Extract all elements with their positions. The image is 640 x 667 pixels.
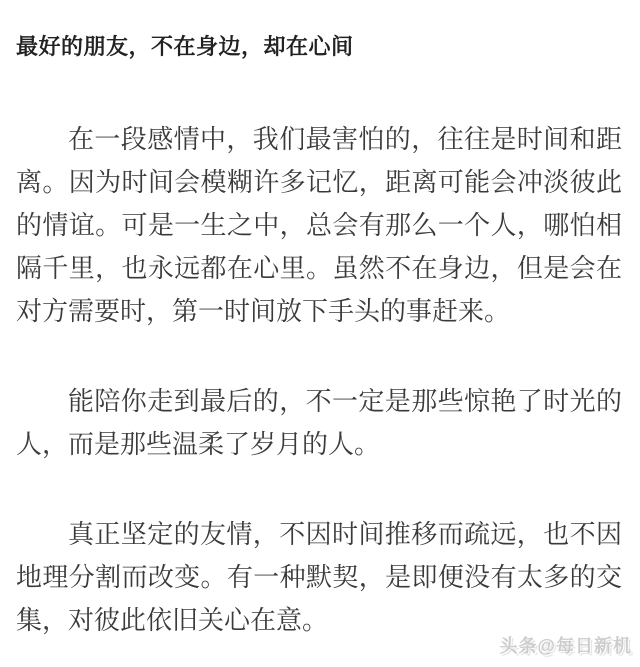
watermark-toutiao: 头条@每日新机 [499, 636, 632, 656]
article-paragraph-1: 在一段感情中，我们最害怕的，往往是时间和距离。因为时间会模糊许多记忆，距离可能会… [16, 118, 622, 333]
article-paragraph-3: 真正坚定的友情，不因时间推移而疏远，也不因地理分割而改变。有一种默契，是即便没有… [16, 513, 622, 642]
article-title: 最好的朋友，不在身边，却在心间 [16, 0, 622, 61]
article-paragraph-2: 能陪你走到最后的，不一定是那些惊艳了时光的人，而是那些温柔了岁月的人。 [16, 380, 622, 466]
article-page: 最好的朋友，不在身边，却在心间 在一段感情中，我们最害怕的，往往是时间和距离。因… [0, 0, 640, 667]
